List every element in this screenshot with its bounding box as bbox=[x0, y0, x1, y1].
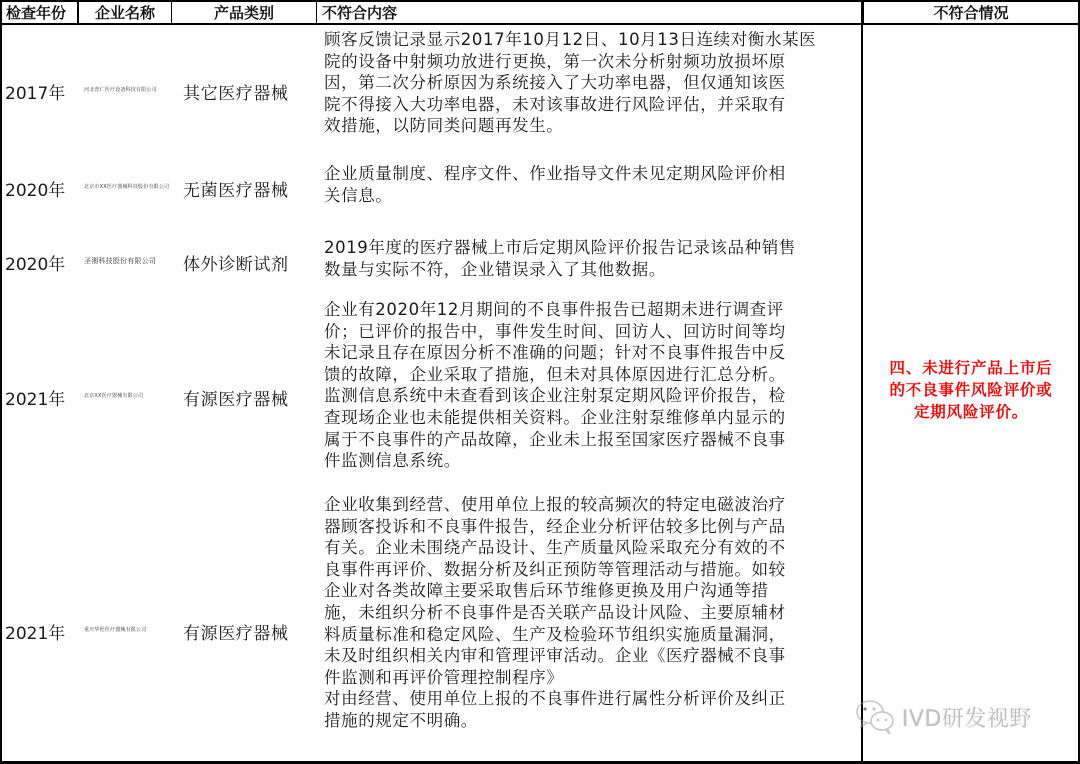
table-header-row: 检查年份 企业名称 产品类别 不符合内容 不符合情况 bbox=[2, 0, 1078, 25]
product-category: 有源医疗器械 bbox=[183, 385, 289, 410]
content-line: 料质量标准和稳定风险、生产及检验环节组织实施质量漏洞， bbox=[324, 624, 854, 646]
header-inspection-year: 检查年份 bbox=[2, 2, 79, 25]
product-category: 有源医疗器械 bbox=[183, 619, 289, 644]
content-line: 2019年度的医疗器械上市后定期风险评价报告记录该品种销售 bbox=[324, 237, 854, 259]
inspection-year: 2020年 bbox=[5, 250, 65, 275]
situation-line: 定期风险评价。 bbox=[864, 401, 1078, 423]
content-line: 器顾客投诉和不良事件报告，经企业分析评估较多比例与产品 bbox=[324, 516, 854, 538]
content-line: 馈的故障，企业采取了措施，但未对具体原因进行汇总分析。 bbox=[324, 364, 854, 386]
column-divider bbox=[861, 25, 863, 761]
content-line: 企业有2020年12月期间的不良事件报告已超期未进行调查评 bbox=[324, 299, 854, 321]
header-product-category: 产品类别 bbox=[172, 2, 317, 25]
situation-line: 的不良事件风险评价或 bbox=[864, 379, 1078, 401]
wechat-icon bbox=[854, 697, 898, 737]
content-line: 未记录且存在原因分析不准确的问题；针对不良事件报告中反 bbox=[324, 342, 854, 364]
inspection-year: 2021年 bbox=[5, 385, 65, 410]
content-line: 因，第二次分析原因为系统接入了大功率电器，但仅通知该医 bbox=[324, 72, 854, 94]
content-line: 良事件再评价、数据分析及纠正预防等管理活动与措施。如较 bbox=[324, 559, 854, 581]
content-line: 查现场企业也未能提供相关资料。企业注射泵维修单内显示的 bbox=[324, 407, 854, 429]
content-line: 价；已评价的报告中，事件发生时间、回访人、回访时间等均 bbox=[324, 321, 854, 343]
nonconformity-content: 2019年度的医疗器械上市后定期风险评价报告记录该品种销售 数量与实际不符，企业… bbox=[324, 237, 854, 280]
content-line: 有关。企业未围绕产品设计、生产质量风险采取充分有效的不 bbox=[324, 537, 854, 559]
situation-line: 四、未进行产品上市后 bbox=[864, 357, 1078, 379]
content-line: 院的设备中射频功放进行更换，第一次未分析射频功放损坏原 bbox=[324, 51, 854, 73]
content-line: 措施的规定不明确。 bbox=[324, 710, 854, 732]
content-line: 监测信息系统中未查看到该企业注射泵定期风险评价报告，检 bbox=[324, 385, 854, 407]
content-line: 顾客反馈记录显示2017年10月12日、10月13日连续对衡水某医 bbox=[324, 29, 854, 51]
watermark-text: IVD研发视野 bbox=[902, 702, 1032, 733]
nonconformity-content: 顾客反馈记录显示2017年10月12日、10月13日连续对衡水某医 院的设备中射… bbox=[324, 29, 854, 137]
header-nonconformity-content: 不符合内容 bbox=[317, 2, 862, 25]
nonconformity-content: 企业收集到经营、使用单位上报的较高频次的特定电磁波治疗 器顾客投诉和不良事件报告… bbox=[324, 494, 854, 732]
inspection-year: 2017年 bbox=[5, 79, 65, 104]
content-line: 件监测信息系统。 bbox=[324, 450, 854, 472]
nonconformity-content: 企业有2020年12月期间的不良事件报告已超期未进行调查评 价；已评价的报告中，… bbox=[324, 299, 854, 472]
inspection-year: 2021年 bbox=[5, 619, 65, 644]
content-line: 效措施，以防同类问题再发生。 bbox=[324, 115, 854, 137]
content-line: 企业收集到经营、使用单位上报的较高频次的特定电磁波治疗 bbox=[324, 494, 854, 516]
content-line: 院不得接入大功率电器，未对该事故进行风险评估，并采取有 bbox=[324, 94, 854, 116]
nonconformity-table: 检查年份 企业名称 产品类别 不符合内容 不符合情况 2017年 河北普仁医疗设… bbox=[0, 0, 1080, 764]
product-category: 其它医疗器械 bbox=[183, 79, 289, 104]
content-line: 件监测和再评价管理控制程序》 bbox=[324, 667, 854, 689]
watermark: IVD研发视野 bbox=[854, 697, 1032, 737]
product-category: 体外诊断试剂 bbox=[183, 250, 289, 275]
content-line: 施，未组织分析不良事件是否关联产品设计风险、主要原辅材 bbox=[324, 602, 854, 624]
company-name: 北京市XX医疗器械科技股份有限公司 bbox=[84, 183, 169, 190]
product-category: 无菌医疗器械 bbox=[183, 176, 289, 201]
company-name: 圣湘科技股份有限公司 bbox=[84, 256, 156, 266]
company-name: 重庆华伦医疗器械有限公司 bbox=[84, 626, 146, 633]
content-line: 未及时组织相关内审和管理评审活动。企业《医疗器械不良事 bbox=[324, 645, 854, 667]
content-line: 企业对各类故障主要采取售后环节维修更换及用户沟通等措 bbox=[324, 580, 854, 602]
company-name: 河北普仁医疗设备科技有限公司 bbox=[84, 86, 157, 93]
content-line: 属于不良事件的产品故障，企业未上报至国家医疗器械不良事 bbox=[324, 429, 854, 451]
header-nonconformity-situation: 不符合情况 bbox=[862, 2, 1078, 25]
header-company-name: 企业名称 bbox=[79, 2, 172, 25]
content-line: 企业质量制度、程序文件、作业指导文件未见定期风险评价相 bbox=[324, 163, 854, 185]
content-line: 数量与实际不符，企业错误录入了其他数据。 bbox=[324, 259, 854, 281]
nonconformity-content: 企业质量制度、程序文件、作业指导文件未见定期风险评价相 关信息。 bbox=[324, 163, 854, 206]
content-line: 关信息。 bbox=[324, 185, 854, 207]
nonconformity-situation: 四、未进行产品上市后 的不良事件风险评价或 定期风险评价。 bbox=[864, 357, 1078, 423]
inspection-year: 2020年 bbox=[5, 176, 65, 201]
company-name: 北京XX医疗器械有限公司 bbox=[84, 392, 143, 399]
content-line: 对由经营、使用单位上报的不良事件进行属性分析评价及纠正 bbox=[324, 688, 854, 710]
